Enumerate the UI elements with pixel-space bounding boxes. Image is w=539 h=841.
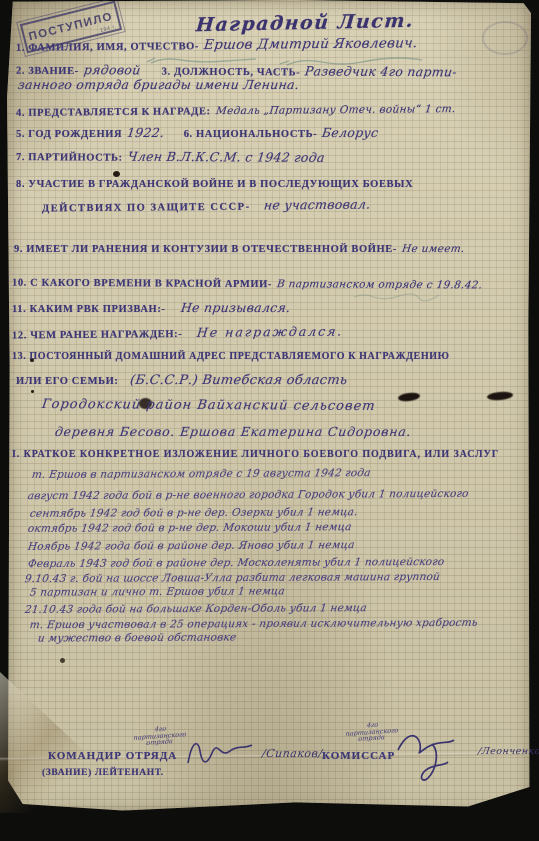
feat-line: Ноябрь 1942 года бой в районе дер. Яново…	[27, 539, 355, 553]
field-civilwar-cont: ДЕЙСТВИЯХ ПО ЗАЩИТЕ СССР- не участвовал.	[42, 194, 370, 216]
ink-dot	[60, 658, 65, 663]
field-party-value: Член В.Л.К.С.М. с 1942 года	[127, 149, 326, 165]
feat-line: 9.10.43 г. бой на шоссе Ловша-Улла разби…	[24, 571, 441, 585]
field-civilwar-label: 8. УЧАСТИЕ В ГРАЖДАНСКОЙ ВОЙНЕ И В ПОСЛЕ…	[16, 179, 413, 190]
field-service-label: 10. С КАКОГО ВРЕМЕНИ В КРАСНОЙ АРМИИ-	[12, 278, 272, 291]
field-position-cont: занного отряда бригады имени Ленина.	[18, 74, 299, 93]
field-position-cont-value: занного отряда бригады имени Ленина.	[17, 77, 300, 92]
field-address-label: 13. ПОСТОЯННЫЙ ДОМАШНИЙ АДРЕС ПРЕДСТАВЛЯ…	[12, 351, 449, 362]
field-address-line3: деревня Бесово. Ершова Екатерина Сидоров…	[55, 421, 411, 440]
field-birthyear-value: 1922.	[126, 125, 165, 140]
field-birth-nationality: 5. ГОД РОЖДЕНИЯ 1922. 6. НАЦИОНАЛЬНОСТЬ-…	[16, 122, 379, 141]
field-award: 4. ПРЕДСТАВЛЯЕТСЯ К НАГРАДЕ: Медаль „Пар…	[16, 97, 455, 120]
field-drafted-value: Не призывался.	[180, 300, 291, 315]
field-civilwar: 8. УЧАСТИЕ В ГРАЖДАНСКОЙ ВОЙНЕ И В ПОСЛЕ…	[16, 172, 413, 191]
pencil-circle-mark	[480, 18, 530, 58]
field-civilwar-value: не участвовал.	[263, 197, 371, 213]
field-drafted-by: 11. КАКИМ РВК ПРИЗВАН:- Не призывался.	[12, 297, 290, 316]
field-party: 7. ПАРТИЙНОСТЬ: Член В.Л.К.С.М. с 1942 г…	[16, 145, 325, 166]
feat-line: и мужество в боевой обстановке	[37, 631, 237, 644]
commissar-role: КОМИССАР	[322, 744, 395, 763]
feat-line: 21.10.43 года бой на большаке Корден-Обо…	[24, 602, 368, 616]
commander-name: /Сипаков/	[261, 747, 323, 760]
feat-line: октябрь 1942 год бой в р-не дер. Мокоши …	[27, 521, 352, 535]
field-service-since: 10. С КАКОГО ВРЕМЕНИ В КРАСНОЙ АРМИИ- В …	[12, 271, 483, 293]
field-address-line2: Городокский район Вайханский сельсовет	[42, 393, 376, 414]
feat-line: сентябрь 1942 год бой в р-не дер. Озерки…	[29, 506, 358, 520]
field-prior-awards-value: Не награждался.	[197, 324, 345, 340]
field-award-value: Медаль „Партизану Отеч. войны“ 1 ст.	[215, 103, 456, 117]
field-prior-awards-label: 12. ЧЕМ РАНЕЕ НАГРАЖДЕН:-	[12, 329, 182, 341]
feat-line: т. Ершов в партизанском отряде с 19 авгу…	[31, 467, 371, 481]
commissar-name: /Леонченко/	[477, 746, 539, 757]
feat-line: т. Ершов участвовал в 25 операциях - про…	[29, 617, 479, 631]
field-wounds: 9. ИМЕЕТ ЛИ РАНЕНИЯ И КОНТУЗИИ В ОТЕЧЕСТ…	[14, 237, 465, 256]
feat-line: Февраль 1943 год бой в районе дер. Моско…	[27, 556, 445, 570]
field-nationality-label: 6. НАЦИОНАЛЬНОСТЬ-	[184, 129, 318, 140]
field-wounds-label: 9. ИМЕЕТ ЛИ РАНЕНИЯ И КОНТУЗИИ В ОТЕЧЕСТ…	[14, 244, 397, 255]
field-address-value: (Б.С.С.Р.) Витебская область	[129, 373, 348, 388]
field-birthyear-label: 5. ГОД РОЖДЕНИЯ	[16, 129, 122, 140]
field-address-cont-label: ИЛИ ЕГО СЕМЬИ:	[16, 376, 119, 387]
section-heading-text: I. КРАТКОЕ КОНКРЕТНОЕ ИЗЛОЖЕНИЕ ЛИЧНОГО …	[12, 449, 499, 460]
field-name-label: 1. ФАМИЛИЯ, ИМЯ, ОТЧЕСТВО-	[16, 41, 199, 54]
field-service-value: В партизанском отряде с 19.8.42.	[276, 278, 483, 291]
field-civilwar-cont-label: ДЕЙСТВИЯХ ПО ЗАЩИТЕ СССР-	[42, 202, 251, 215]
commander-rank-label: (ЗВАНИЕ) ЛЕЙТЕНАНТ.	[42, 768, 164, 778]
field-drafted-label: 11. КАКИМ РВК ПРИЗВАН:-	[12, 304, 166, 315]
field-party-label: 7. ПАРТИЙНОСТЬ:	[16, 152, 123, 164]
pencil-scribble	[352, 292, 442, 302]
ink-dot	[31, 390, 34, 393]
field-prior-awards: 12. ЧЕМ РАНЕЕ НАГРАЖДЕН:- Не награждался…	[12, 321, 344, 343]
field-name: 1. ФАМИЛИЯ, ИМЯ, ОТЧЕСТВО- Ершов Дмитрий…	[16, 32, 418, 55]
field-name-value: Ершов Дмитрий Яковлевич.	[203, 35, 418, 53]
feat-line: 5 партизан и лично т. Ершов убил 1 немца	[29, 585, 286, 598]
field-address: 13. ПОСТОЯННЫЙ ДОМАШНИЙ АДРЕС ПРЕДСТАВЛЯ…	[12, 344, 449, 363]
commander-signature	[180, 733, 255, 773]
field-position-value: Разведчик 4го парти-	[304, 63, 458, 79]
field-award-label: 4. ПРЕДСТАВЛЯЕТСЯ К НАГРАДЕ:	[16, 106, 211, 119]
commissar-role-label: КОМИССАР	[322, 750, 395, 762]
commander-rank: (ЗВАНИЕ) ЛЕЙТЕНАНТ.	[42, 760, 164, 779]
section-heading: I. КРАТКОЕ КОНКРЕТНОЕ ИЗЛОЖЕНИЕ ЛИЧНОГО …	[12, 442, 499, 461]
feat-line: август 1942 года бой в р-не военного гор…	[27, 488, 469, 502]
field-nationality-value: Белорус	[321, 125, 379, 140]
field-wounds-value: Не имеет.	[401, 243, 465, 255]
field-address-value2: Городокский район Вайханский сельсовет	[41, 397, 377, 414]
commissar-signature	[392, 726, 462, 784]
field-address-value3: деревня Бесово. Ершова Екатерина Сидоров…	[54, 424, 412, 439]
document-scan: ПОСТУПИЛО 194 г. Наградной Лист. 1. ФАМИ…	[0, 0, 539, 841]
field-address-cont: ИЛИ ЕГО СЕМЬИ: (Б.С.С.Р.) Витебская обла…	[16, 369, 347, 388]
